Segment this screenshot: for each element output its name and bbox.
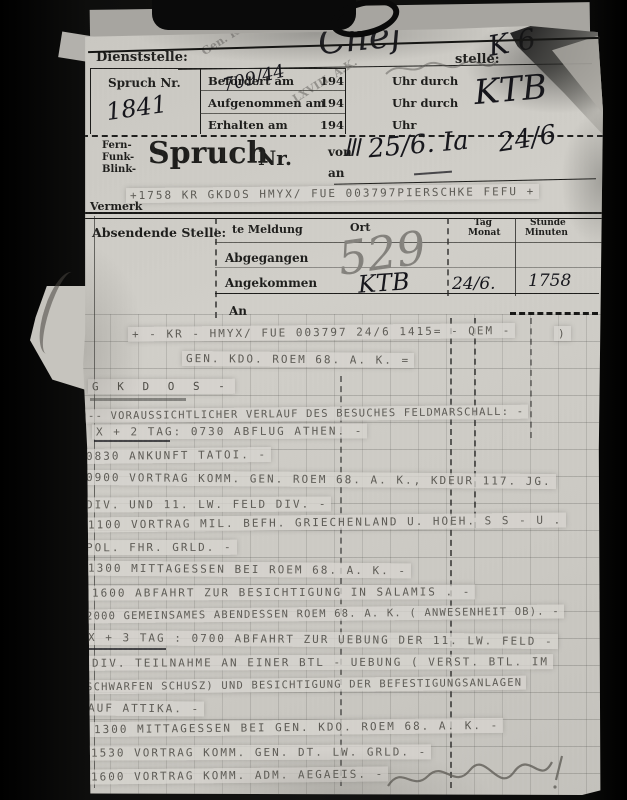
spruch-nr-label: Spruch Nr. (108, 76, 181, 90)
typed-line: 2000 GEMEINSAMES ABENDESSEN ROEM 68. A. … (82, 604, 564, 623)
erhalten-label: Erhalten am (208, 118, 288, 132)
col-tag: Tag (474, 218, 492, 228)
tag-handwriting: 24/6. (452, 274, 496, 294)
x2tag-underline (94, 440, 170, 442)
aufgenommen-year: 194 (320, 96, 344, 110)
funk-label: Funk- (102, 152, 134, 163)
row-angekommen: Angekommen (225, 276, 317, 290)
typed-line: 0900 VORTRAG KOMM. GEN. ROEM 68. A. K., … (82, 470, 556, 489)
stray-paren: ) (554, 326, 571, 341)
typed-header-line: +1758 KR GKDOS HMYX/ FUE 003797PIERSCHKE… (126, 184, 539, 203)
ia-underline (414, 171, 452, 176)
box-row-line2 (200, 113, 345, 114)
von-handwriting: 25/6. Ia (367, 126, 470, 165)
fern-label: Fern- (102, 140, 132, 151)
gkdos-underline (90, 398, 186, 401)
tally-mark (356, 138, 362, 156)
an-label: an (328, 166, 345, 180)
margin-code: 8890 (82, 724, 88, 751)
typed-line: 0830 ANKUNFT TATOI. - (82, 447, 271, 464)
typed-line: 1300 MITTAGESSEN BEI GEN. KDO. ROEM 68. … (90, 718, 503, 737)
col-monat: Monat (468, 228, 501, 238)
col-minuten: Minuten (525, 228, 568, 238)
typed-line: DIV. UND 11. LW. FELD DIV. - (82, 497, 331, 513)
box-row-line1 (200, 90, 345, 91)
aufgenommen-label: Aufgenommen am (208, 96, 325, 110)
row-abgegangen: Abgegangen (225, 251, 308, 265)
double-rule (82, 212, 603, 219)
absender-label: Absendende Stelle: (92, 225, 226, 240)
grid-dashed-v3 (474, 318, 476, 528)
typed-line: X + 2 TAG: 0730 ABFLUG ATHEN. - (92, 424, 367, 440)
befoerdert-year: 194 (320, 74, 344, 88)
typed-line: DIV. TEILNAHME AN EINER BTL - UEBUNG ( V… (88, 654, 553, 671)
typed-line: -- VORAUSSICHTLICHER VERLAUF DES BESUCHE… (84, 405, 528, 424)
stunde-handwriting: 1758 (528, 271, 571, 291)
typed-line: 1600 VORTRAG KOMM. ADM. AEGAEIS. - (87, 766, 388, 784)
signature-scribble (382, 752, 582, 795)
dashed-top-right (510, 312, 598, 315)
typed-line: 1100 VORTRAG MIL. BEFH. GRIECHENLAND U. … (84, 512, 566, 532)
typed-line: G K D O S - (88, 379, 235, 395)
spruch-nr-value: 1841 (104, 90, 168, 126)
typed-line: 1300 MITTAGESSEN BEI ROEM 68. A. K. - (84, 561, 411, 579)
spruch-title-nr: Nr. (258, 146, 292, 170)
ktb-handwriting: KTB (472, 67, 548, 113)
col-meldung: te Meldung (232, 223, 303, 236)
typed-line: + - KR - HMYX/ FUE 003797 24/6 1415= - Q… (128, 323, 516, 342)
typed-line: X + 3 TAG : 0700 ABFAHRT ZUR UEBUNG DER … (84, 630, 558, 649)
binder-clip (152, 0, 356, 30)
ort-handwriting: KTB (357, 267, 410, 299)
erhalten-year: 194 (320, 118, 344, 132)
typed-line: 1600 ABFAHRT ZUR BESICHTIGUNG IN SALAMIS… (88, 584, 475, 600)
blink-label: Blink- (102, 164, 136, 175)
box-top-border (90, 68, 346, 69)
box-col-border (345, 68, 346, 134)
befoerdert-unit: Uhr durch (392, 74, 458, 88)
scanned-document: Dienststelle: stelle: Chef K 6 Gen. Kdo.… (0, 0, 627, 800)
table-col-divider-mid (447, 218, 449, 296)
row-an: An (229, 304, 247, 318)
typed-line: 1530 VORTRAG KOMM. GEN. DT. LW. GRLD. - (87, 744, 431, 760)
grid-dashed-v4 (530, 318, 532, 438)
table-col-divider-left (215, 218, 217, 318)
col-stunde: Stunde (530, 218, 566, 228)
aufgenommen-unit: Uhr durch (392, 96, 458, 110)
typed-line: AUF ATTIKA. - (84, 700, 204, 716)
table-col-divider-right (515, 218, 516, 296)
an-handwriting: 24/6 (496, 120, 558, 159)
box-left-border (90, 68, 91, 134)
x3tag-underline (86, 648, 166, 650)
typed-line: SCHWARFEN SCHUSZ) UND BESICHTIGUNG DER B… (82, 676, 526, 695)
document-page: Dienststelle: stelle: Chef K 6 Gen. Kdo.… (82, 26, 603, 795)
typed-line: POL. FHR. GRLD. - (82, 540, 237, 556)
box-mid-border (200, 68, 201, 134)
spruch-title: Spruch (148, 136, 268, 171)
typed-line: GEN. KDO. ROEM 68. A. K. = (182, 351, 414, 368)
